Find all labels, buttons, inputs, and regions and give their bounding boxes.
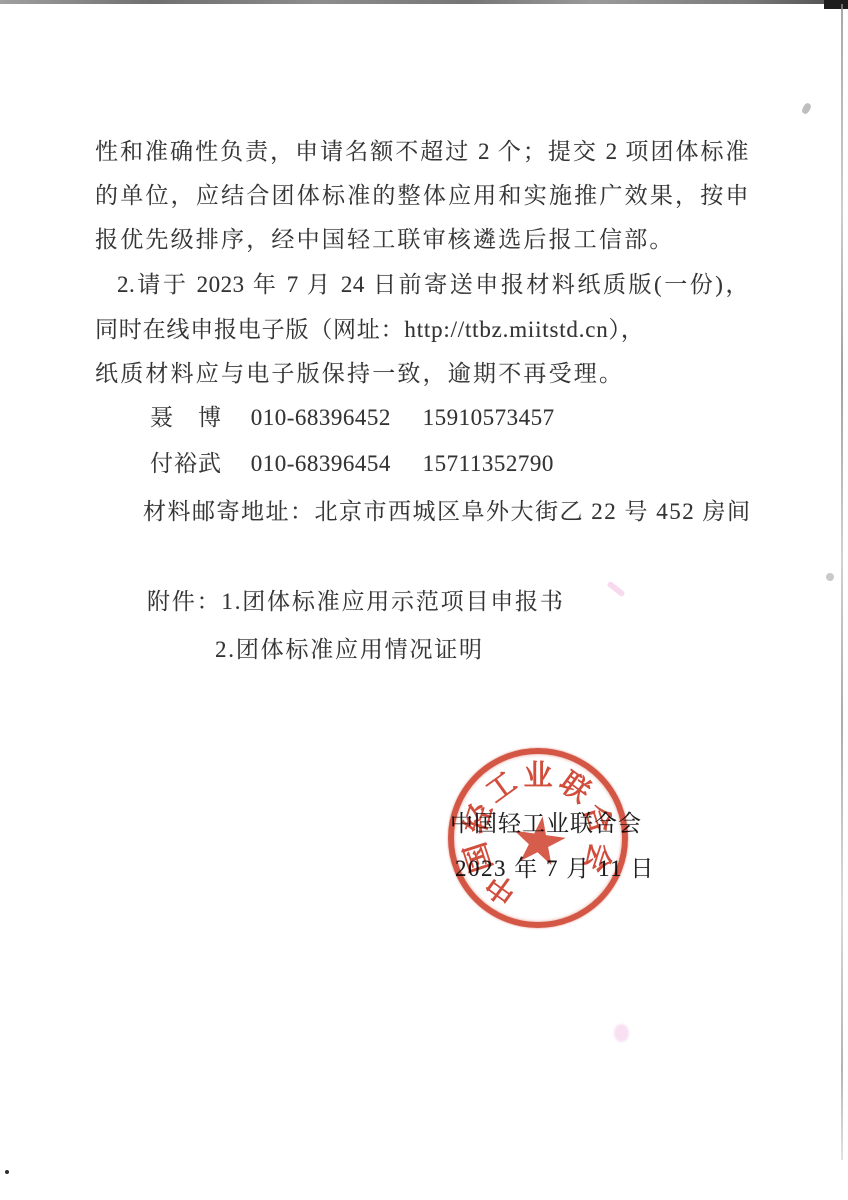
scan-speck [5,1170,9,1174]
scan-top-edge-line [0,0,848,4]
signature-date: 2023 年 7 月 11 日 [455,850,655,883]
scanned-document-page: 性和准确性负责，申请名额不超过 2 个；提交 2 项团体标准 的单位，应结合团体… [0,0,848,1200]
body-line: 纸质材料应与电子版保持一致，逾期不再受理。 [95,359,749,389]
contact-mobile: 15711352790 [423,451,554,476]
scan-speck [826,573,834,581]
seal-ring-char: 业 [522,760,554,792]
contact-phone: 010-68396454 [251,451,391,476]
attachment-item: 1.团体标准应用示范项目申报书 [221,589,564,614]
body-line: 的单位，应结合团体标准的整体应用和实施推广效果，按申 [95,181,749,211]
official-seal-stamp: 中 国 轻 工 业 联 合 会 [448,748,628,928]
contact-phone: 010-68396452 [251,405,391,430]
scan-top-right-corner-mark [824,0,848,9]
attachments-label: 附件： [147,589,221,614]
body-line: 2.请于 2023 年 7 月 24 日前寄送申报材料纸质版(一份)， [95,270,749,300]
contact-name: 付裕武 [150,449,220,479]
scan-speck [801,102,813,115]
attachment-item: 2.团体标准应用情况证明 [215,631,484,664]
scan-pink-mark [614,1024,629,1042]
scan-right-edge-line [841,4,843,1160]
signature-organization: 中国轻工业联合会 [450,805,642,838]
scan-pink-mark [606,580,625,597]
contact-mobile: 15910573457 [423,405,555,430]
contact-name: 聂 博 [150,403,220,433]
mailing-address: 材料邮寄地址：北京市西城区阜外大街乙 22 号 452 房间 [143,493,752,526]
body-line: 同时在线申报电子版（网址：http://ttbz.miitstd.cn）， [95,315,749,345]
contact-row: 付裕武 010-68396454 15711352790 [150,449,554,479]
contact-row: 聂 博 010-68396452 15910573457 [150,403,555,433]
body-line: 报优先级排序，经中国轻工联审核遴选后报工信部。 [95,225,749,255]
body-line: 性和准确性负责，申请名额不超过 2 个；提交 2 项团体标准 [95,137,749,167]
attachments-line: 附件：1.团体标准应用示范项目申报书 [147,583,565,616]
